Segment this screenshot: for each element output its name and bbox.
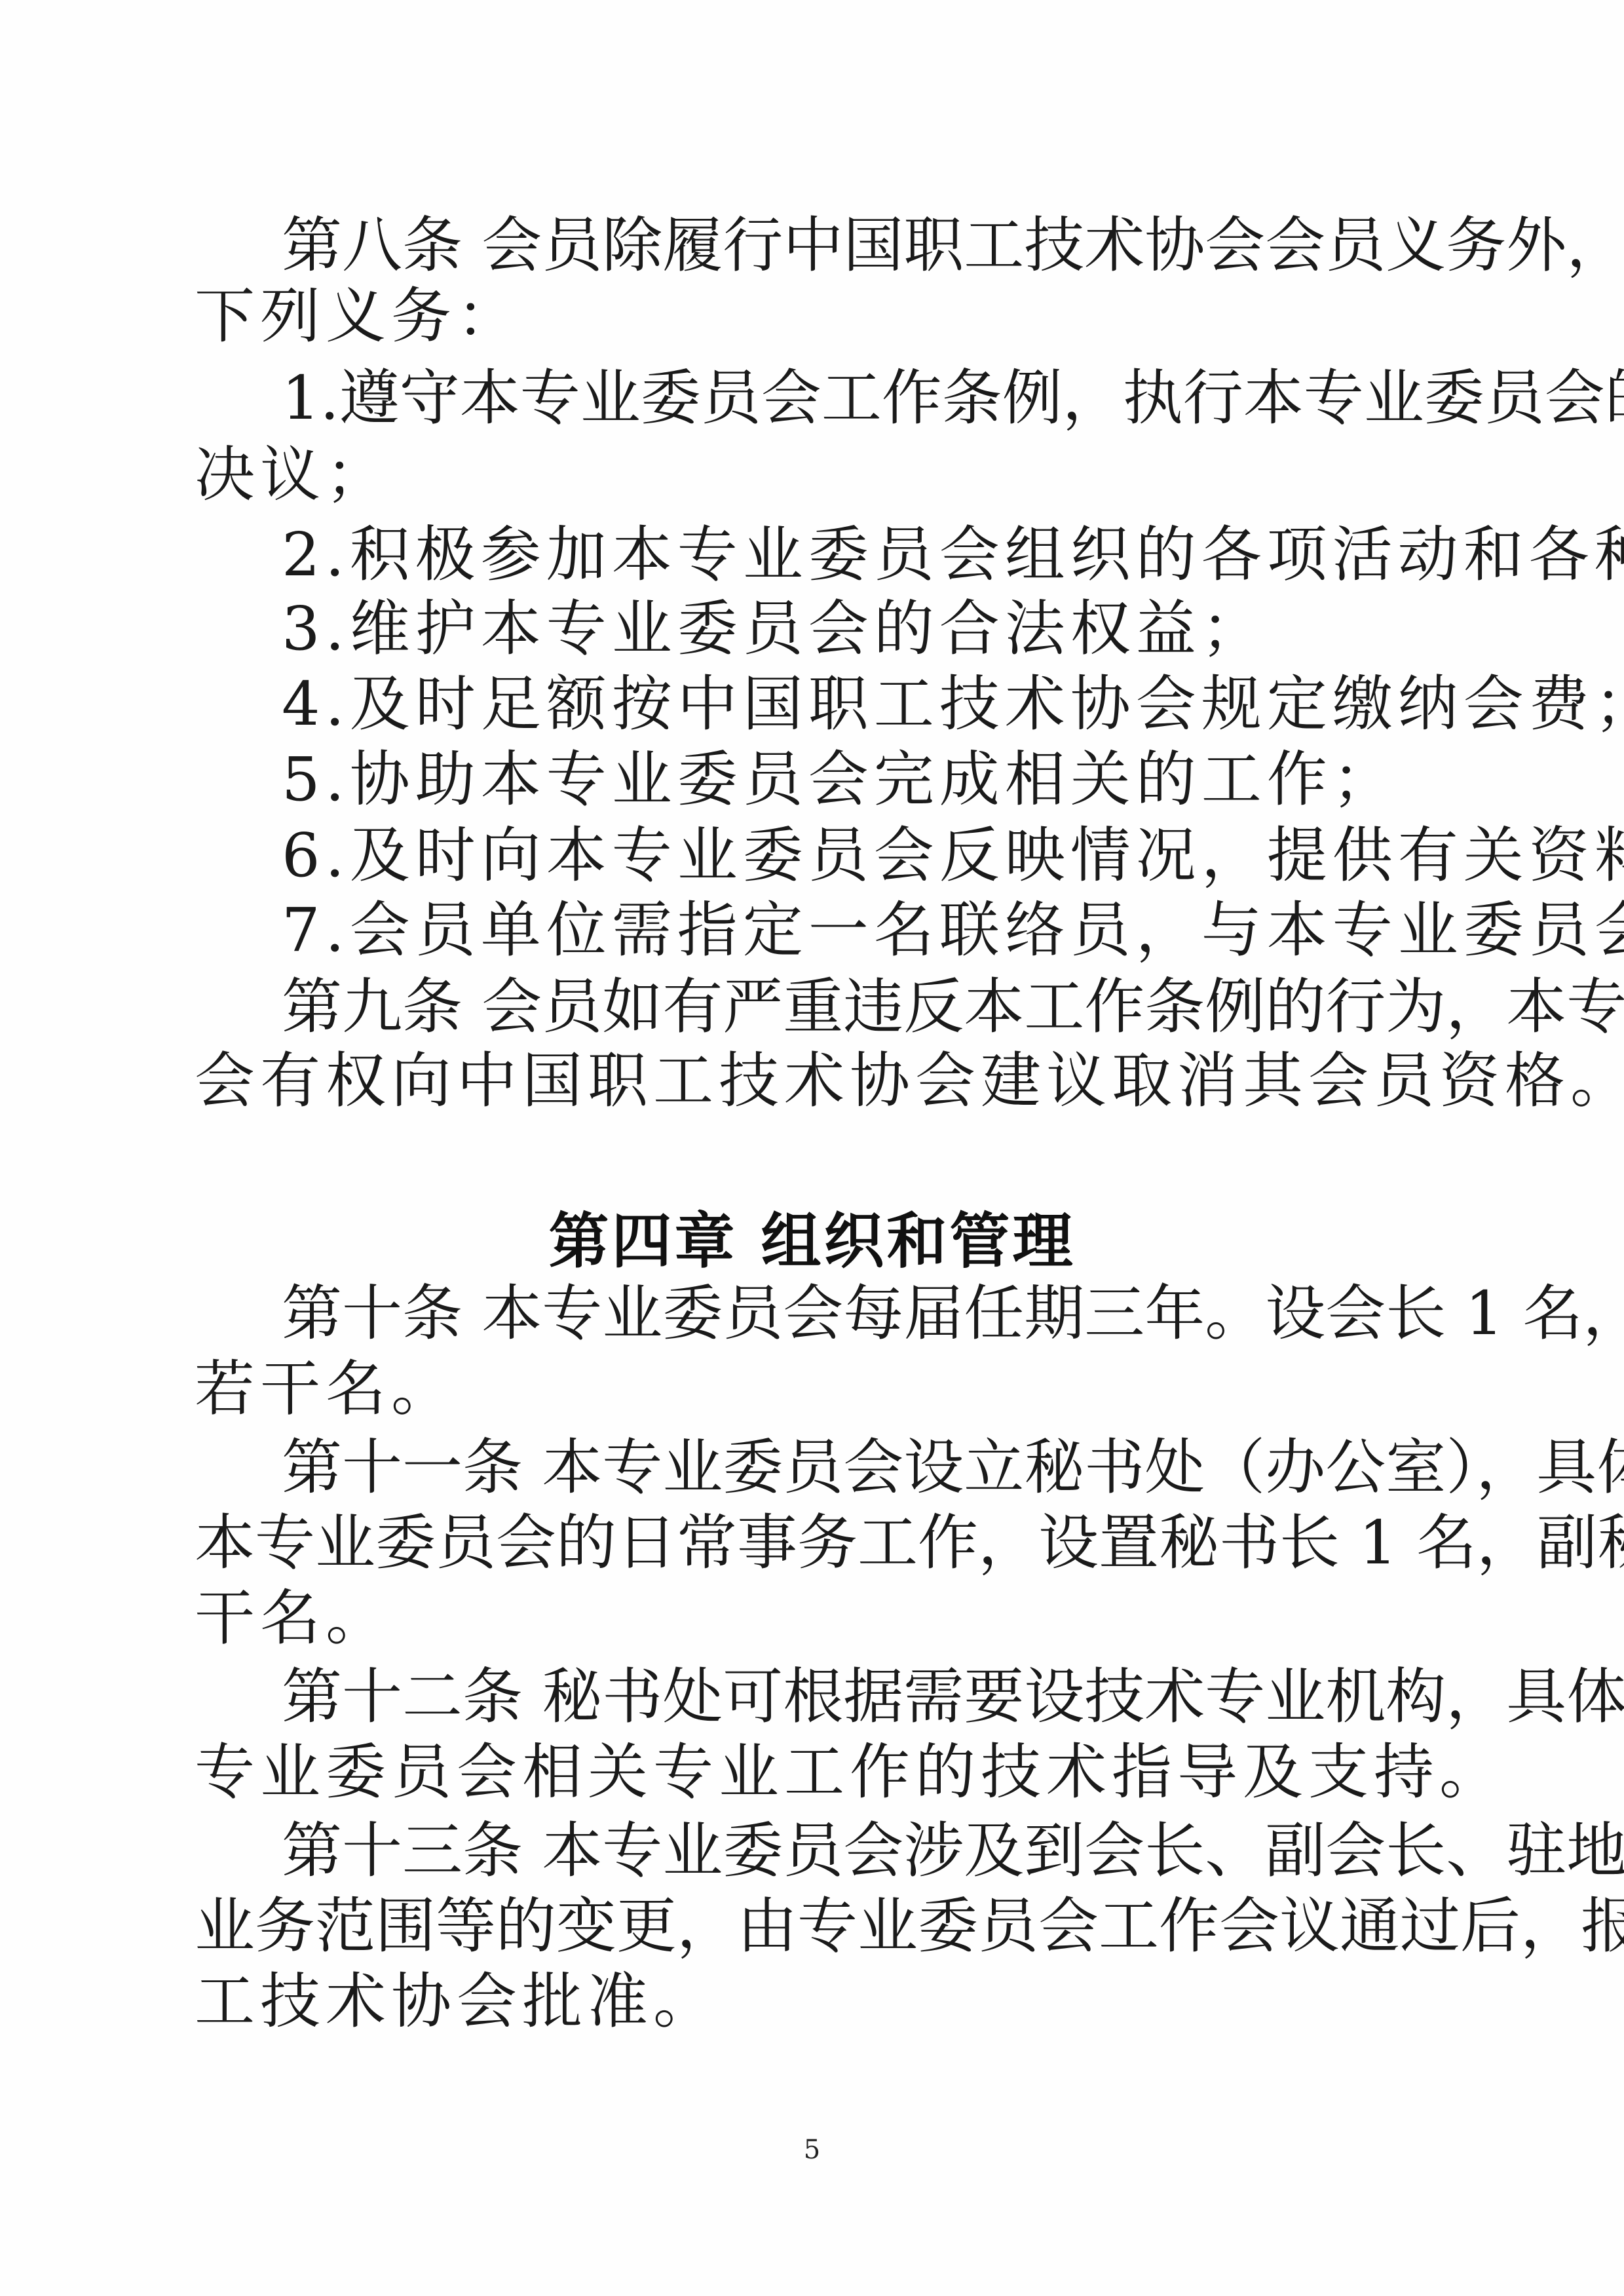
duty-3: 3.维护本专业委员会的合法权益；: [282, 591, 1379, 667]
article-13-line-2: 业务范围等的变更，由专业委员会工作会议通过后，报中国职: [195, 1888, 1379, 1964]
article-10-line-1: 第十条 本专业委员会每届任期三年。设会长 1 名，副会长: [282, 1276, 1379, 1352]
article-10-line-2: 若干名。: [195, 1351, 1379, 1427]
page-number: 5: [0, 2135, 1624, 2165]
duty-7: 7.会员单位需指定一名联络员，与本专业委员会联络。: [282, 892, 1379, 968]
article-8-line-2: 下列义务：: [195, 278, 1379, 354]
duty-5: 5.协助本专业委员会完成相关的工作；: [282, 742, 1379, 818]
duty-6: 6.及时向本专业委员会反映情况，提供有关资料；: [282, 818, 1379, 894]
article-11-line-1: 第十一条 本专业委员会设立秘书处（办公室），具体负责: [282, 1430, 1379, 1506]
duty-2: 2.积极参加本专业委员会组织的各项活动和各种会议；: [282, 517, 1379, 593]
article-12-line-2: 专业委员会相关专业工作的技术指导及支持。: [195, 1734, 1379, 1810]
duty-1-line-1: 1.遵守本专业委员会工作条例，执行本专业委员会的各项: [282, 360, 1379, 436]
article-9-line-1: 第九条 会员如有严重违反本工作条例的行为，本专业委员: [282, 969, 1379, 1045]
article-8-line-1: 第八条 会员除履行中国职工技术协会会员义务外，还履行: [282, 208, 1379, 284]
article-9-line-2: 会有权向中国职工技术协会建议取消其会员资格。: [195, 1043, 1379, 1119]
article-12-line-1: 第十二条 秘书处可根据需要设技术专业机构，具体负责本: [282, 1659, 1379, 1735]
duty-1-line-2: 决议；: [195, 437, 1379, 513]
article-13-line-3: 工技术协会批准。: [195, 1964, 1379, 2040]
duty-4: 4.及时足额按中国职工技术协会规定缴纳会费；: [282, 666, 1379, 742]
article-11-line-2: 本专业委员会的日常事务工作，设置秘书长 1 名，副秘书长若: [195, 1505, 1379, 1581]
article-13-line-1: 第十三条 本专业委员会涉及到会长、副会长、驻地、名称、: [282, 1813, 1379, 1889]
article-11-line-3: 干名。: [195, 1580, 1379, 1656]
chapter-heading: 第四章 组织和管理: [0, 1204, 1624, 1280]
document-page: 第八条 会员除履行中国职工技术协会会员义务外，还履行 下列义务： 1.遵守本专业…: [0, 0, 1624, 2296]
